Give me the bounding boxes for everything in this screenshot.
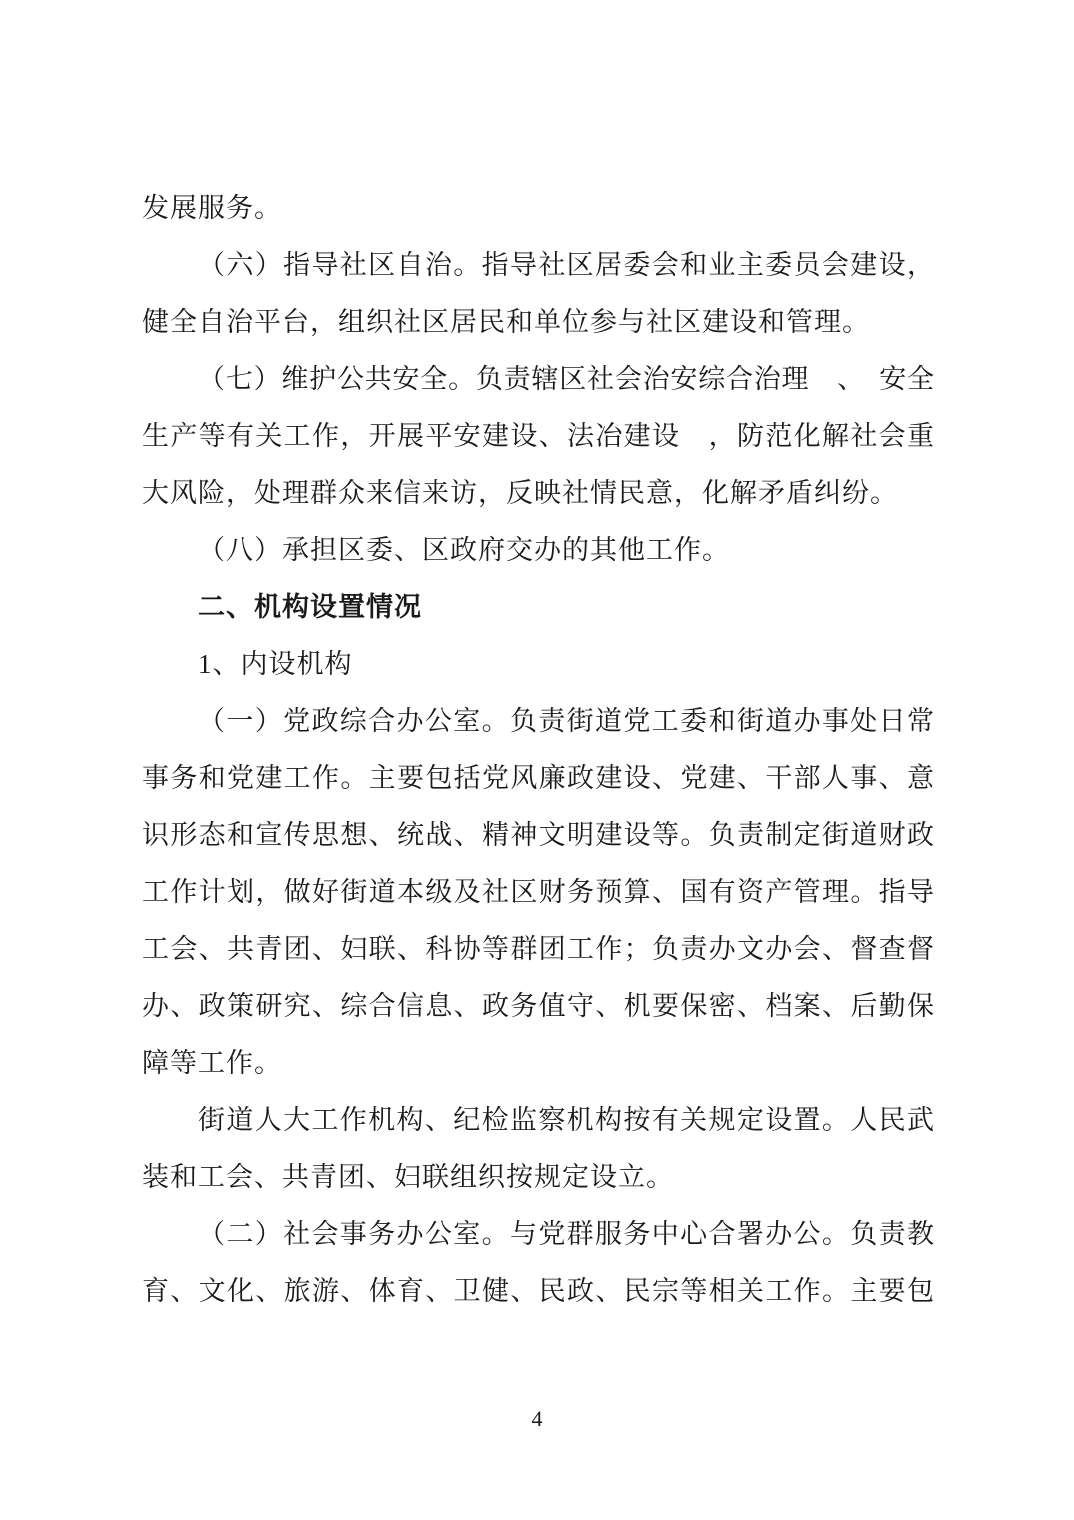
text-line: （二）社会事务办公室。与党群服务中心合署办公。负责教 [142,1206,934,1263]
text-line: 生产等有关工作，开展平安建设、法冶建设 ，防范化解社会重 [142,408,934,465]
text-line: 工作计划，做好街道本级及社区财务预算、国有资产管理。指导 [142,864,934,921]
text-line: 大风险，处理群众来信来访，反映社情民意，化解矛盾纠纷。 [142,465,934,522]
document-page: 发展服务。（六）指导社区自治。指导社区居委会和业主委员会建设，健全自治平台，组织… [0,0,1074,1520]
text-line: 发展服务。 [142,180,934,237]
text-line: （一）党政综合办公室。负责街道党工委和街道办事处日常 [142,693,934,750]
text-line: （六）指导社区自治。指导社区居委会和业主委员会建设， [142,237,934,294]
text-line: 健全自治平台，组织社区居民和单位参与社区建设和管理。 [142,294,934,351]
document-body: 发展服务。（六）指导社区自治。指导社区居委会和业主委员会建设，健全自治平台，组织… [142,180,934,1320]
text-line: 工会、共青团、妇联、科协等群团工作；负责办文办会、督查督 [142,921,934,978]
page-number: 4 [0,1402,1074,1436]
text-line: 障等工作。 [142,1035,934,1092]
text-line: （八）承担区委、区政府交办的其他工作。 [142,522,934,579]
text-line: 事务和党建工作。主要包括党风廉政建设、党建、干部人事、意 [142,750,934,807]
text-line: （七）维护公共安全。负责辖区社会治安综合治理 、 安全 [142,351,934,408]
text-line: 育、文化、旅游、体育、卫健、民政、民宗等相关工作。主要包 [142,1263,934,1320]
text-line: 1、内设机构 [142,636,934,693]
text-line: 识形态和宣传思想、统战、精神文明建设等。负责制定街道财政 [142,807,934,864]
text-line: 街道人大工作机构、纪检监察机构按有关规定设置。人民武 [142,1092,934,1149]
section-heading: 二、机构设置情况 [142,579,934,636]
text-line: 装和工会、共青团、妇联组织按规定设立。 [142,1149,934,1206]
text-line: 办、政策研究、综合信息、政务值守、机要保密、档案、后勤保 [142,978,934,1035]
